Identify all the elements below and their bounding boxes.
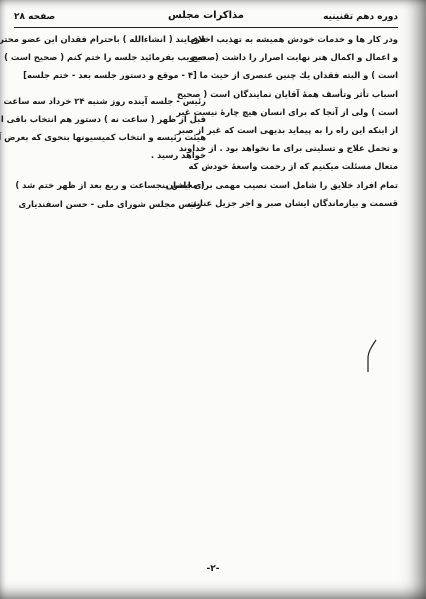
page-footer-marker: -۲- xyxy=(0,564,426,574)
spacer xyxy=(14,164,206,176)
page-header: دوره دهم تقنینیه مذاکرات مجلس صفحه ۲۸ xyxy=(14,10,398,26)
text-line: قسمت و بیازماندگان ایشان صبر و اجر جزیل … xyxy=(200,194,398,212)
text-line: هیئت رئیسه و انتخاب کمیسیونها بنحوی که ب… xyxy=(14,128,206,146)
text-line: متعال مسئلت میکنیم که از رحمت واسعهٔ خود… xyxy=(200,157,398,175)
text-line: است ) ولی از آنجا که برای انسان هیچ چاره… xyxy=(200,103,398,121)
text-line: فرمایند ( انشاءالله ) باحترام فقدان این … xyxy=(14,30,206,48)
text-line: و تحمل علاج و تسلیتی برای ما نخواهد بود … xyxy=(200,139,398,157)
section-heading: [۴ - موقع و دستور جلسه بعد - ختم جلسه] xyxy=(14,66,206,84)
spacer xyxy=(14,85,206,92)
page-number-label: صفحه ۲۸ xyxy=(14,12,55,22)
text-line: خواهد رسید . xyxy=(14,146,206,164)
text-line: ودر کار ها و خدمات خودش همیشه به تهذیب ا… xyxy=(200,30,398,48)
signature: رئیس مجلس شورای ملی - حسن اسفندیاری xyxy=(14,195,206,213)
document-title: مذاکرات مجلس xyxy=(168,10,244,21)
left-column: فرمایند ( انشاءالله ) باحترام فقدان این … xyxy=(14,30,206,213)
text-line: تصویب بفرمائید جلسه را ختم کنم ( صحیح اس… xyxy=(14,48,206,66)
document-page: دوره دهم تقنینیه مذاکرات مجلس صفحه ۲۸ ود… xyxy=(0,0,426,599)
text-line: قبل از ظهر ( ساعت نه ) دستور هم انتخاب ب… xyxy=(14,110,206,128)
session-label: دوره دهم تقنینیه xyxy=(323,12,398,22)
pen-mark-icon xyxy=(362,338,382,374)
text-line: رئیس - جلسه آینده روز شنبه ۲۴ خرداد سه س… xyxy=(14,92,206,110)
header-divider xyxy=(14,27,398,28)
text-line: اسباب تأثر وتأسف همهٔ آقایان نمایندگان ا… xyxy=(200,85,398,103)
text-line: تمام افراد خلایق را شامل است نصیب مهمی ب… xyxy=(200,176,398,194)
right-column: ودر کار ها و خدمات خودش همیشه به تهذیب ا… xyxy=(200,30,398,212)
text-line: است ) و البته فقدان یك چنین عنصری از حیث… xyxy=(200,66,398,84)
text-line: و اعمال و اکمال هنر نهایت اصرار را داشت … xyxy=(200,48,398,66)
text-line: از اینکه این راه را به پیماید بدیهی است … xyxy=(200,121,398,139)
closing-note: ( مجلس پنجساعت و ربع بعد از ظهر ختم شد ) xyxy=(14,176,206,194)
